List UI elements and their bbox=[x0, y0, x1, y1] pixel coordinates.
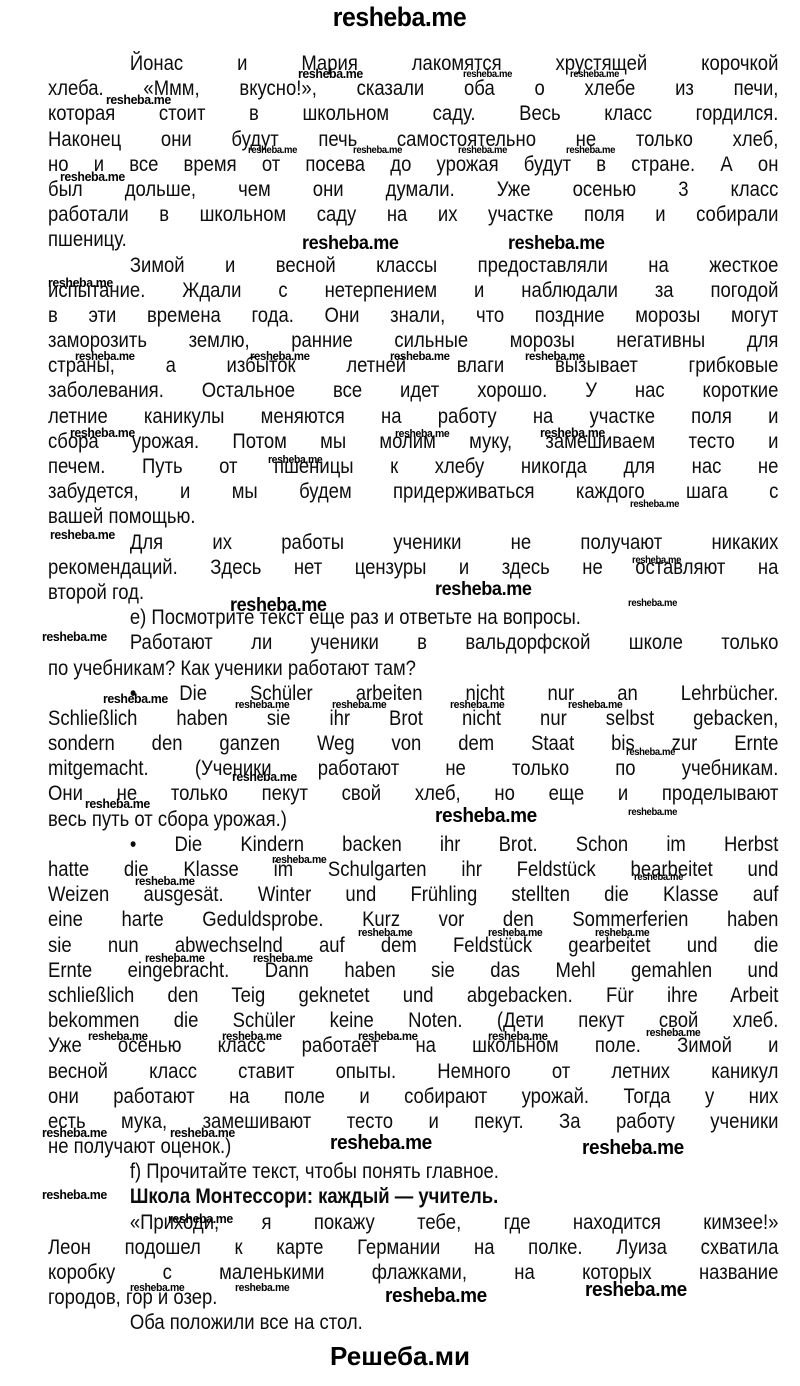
text-line: испытание. Ждали с нетерпением и наблюда… bbox=[48, 278, 778, 303]
site-title-text: resheba.me bbox=[333, 2, 466, 33]
text-line: Леон подошел к карте Германии на полке. … bbox=[48, 1235, 778, 1260]
text-line: е) Посмотрите текст еще раз и ответьте н… bbox=[48, 605, 778, 630]
document-page: resheba.me Йонас и Мария лакомятся хруст… bbox=[0, 0, 800, 1386]
text-line: sie nun abwechselnd auf dem Feldstück ge… bbox=[48, 933, 778, 958]
text-line: schließlich den Teig geknetet und abgeba… bbox=[48, 983, 778, 1008]
text-line: второй год. bbox=[48, 580, 778, 605]
text-line: забудется, и мы будем придерживаться каж… bbox=[48, 479, 778, 504]
text-line: летние каникулы меняются на работу на уч… bbox=[48, 404, 778, 429]
text-line: Weizen ausgesät. Winter und Frühling ste… bbox=[48, 882, 778, 907]
text-line: сбора урожая. Потом мы молим муку, замеш… bbox=[48, 429, 778, 454]
text-line: но и все время от посева до урожая будут… bbox=[48, 152, 778, 177]
text-line: заболевания. Остальное все идет хорошо. … bbox=[48, 378, 778, 403]
footer-brand-text: Решеба.ми bbox=[330, 1341, 470, 1371]
text-line: • Die Schüler arbeiten nicht nur an Lehr… bbox=[48, 681, 778, 706]
text-line: заморозить землю, ранние сильные морозы … bbox=[48, 328, 778, 353]
text-line: eine harte Geduldsprobe. Kurz vor den So… bbox=[48, 907, 778, 932]
text-line: Для их работы ученики не получают никаки… bbox=[48, 530, 778, 555]
text-line: был дольше, чем они думали. Уже осенью 3… bbox=[48, 177, 778, 202]
text-line: Они не только пекут свой хлеб, но еще и … bbox=[48, 781, 778, 806]
text-line: Ernte eingebracht. Dann haben sie das Me… bbox=[48, 958, 778, 983]
text-line: не получают оценок.) bbox=[48, 1134, 778, 1159]
text-line: Йонас и Мария лакомятся хрустящей корочк… bbox=[48, 51, 778, 76]
text-line: которая стоит в школьном саду. Весь клас… bbox=[48, 101, 778, 126]
text-line: Уже осенью класс работает на школьном по… bbox=[48, 1033, 778, 1058]
text-line: весной класс ставит опыты. Немного от ле… bbox=[48, 1059, 778, 1084]
text-line: рекомендаций. Здесь нет цензуры и здесь … bbox=[48, 555, 778, 580]
text-line: Зимой и весной классы предоставляли на ж… bbox=[48, 253, 778, 278]
text-line: Оба положили все на стол. bbox=[48, 1310, 778, 1335]
text-line: sondern den ganzen Weg von dem Staat bis… bbox=[48, 731, 778, 756]
text-line: Schließlich haben sie ihr Brot nicht nur… bbox=[48, 706, 778, 731]
text-line: страны, а избыток летней влаги вызывает … bbox=[48, 353, 778, 378]
page-footer: Решеба.ми bbox=[0, 1341, 800, 1372]
text-line: хлеба. «Ммм, вкусно!», сказали оба о хле… bbox=[48, 76, 778, 101]
text-line: Наконец они будут печь самостоятельно не… bbox=[48, 127, 778, 152]
text-line: пшеницу. bbox=[48, 227, 778, 252]
text-line: hatte die Klasse im Schulgarten ihr Feld… bbox=[48, 857, 778, 882]
text-line: bekommen die Schüler keine Noten. (Дети … bbox=[48, 1008, 778, 1033]
text-line: весь путь от сбора урожая.) bbox=[48, 807, 778, 832]
text-line: работали в школьном саду на их участке п… bbox=[48, 202, 778, 227]
text-line: f) Прочитайте текст, чтобы понять главно… bbox=[48, 1159, 778, 1184]
text-line: коробку с маленькими флажками, на которы… bbox=[48, 1260, 778, 1285]
text-line: Работают ли ученики в вальдорфской школе… bbox=[48, 630, 778, 655]
document-text-block: Йонас и Мария лакомятся хрустящей корочк… bbox=[48, 51, 778, 1336]
text-line: по учебникам? Как ученики работают там? bbox=[48, 656, 778, 681]
text-line: в эти времена года. Они знали, что поздн… bbox=[48, 303, 778, 328]
text-line: есть мука, замешивают тесто и пекут. За … bbox=[48, 1109, 778, 1134]
text-line: печем. Путь от пшеницы к хлебу никогда д… bbox=[48, 454, 778, 479]
section-heading-line: Школа Монтессори: каждый — учитель. bbox=[48, 1184, 778, 1209]
site-title-header: resheba.me bbox=[0, 2, 800, 33]
text-line: они работают на поле и собирают урожай. … bbox=[48, 1084, 778, 1109]
text-line: • Die Kindern backen ihr Brot. Schon im … bbox=[48, 832, 778, 857]
text-line: вашей помощью. bbox=[48, 504, 778, 529]
text-line: городов, гор и озер. bbox=[48, 1285, 778, 1310]
text-line: «Приходи, я покажу тебе, где находится к… bbox=[48, 1210, 778, 1235]
text-line: mitgemacht. (Ученики работают не только … bbox=[48, 756, 778, 781]
